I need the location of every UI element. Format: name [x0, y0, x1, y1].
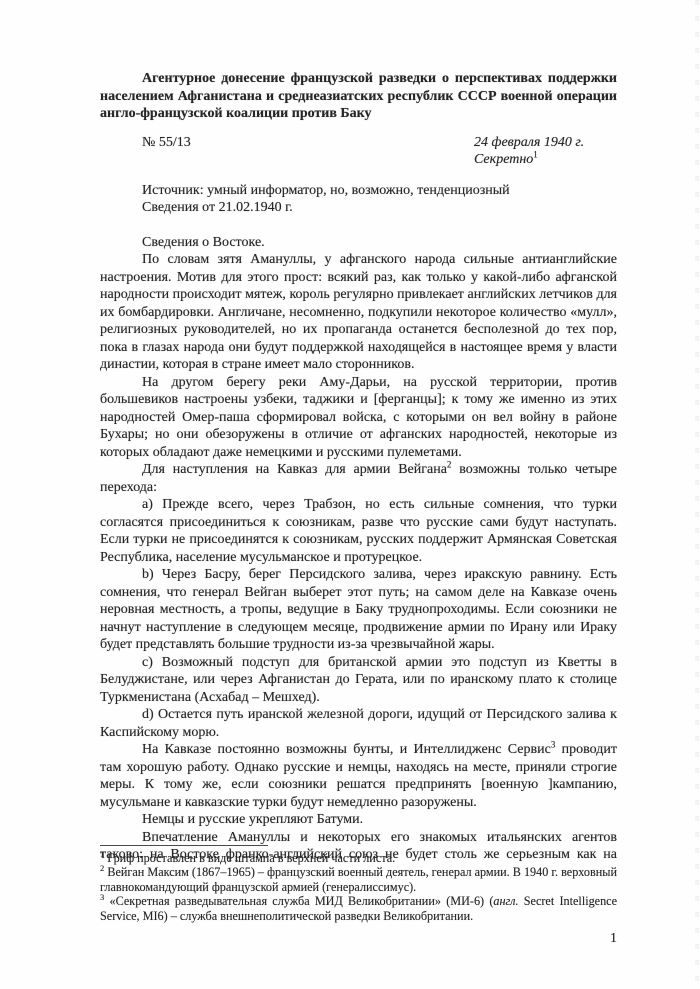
- text-segment: b) Через Басру, берег Персидского залива…: [100, 567, 617, 652]
- text-segment: d) Остается путь иранской железной дорог…: [100, 707, 617, 740]
- footnote-marker: 1: [100, 849, 104, 859]
- text-segment: Вейган Максим (1867–1965) – французский …: [100, 865, 617, 893]
- footnote-marker: 2: [100, 863, 104, 873]
- page-number: 1: [100, 931, 617, 947]
- document-date: 24 февраля 1940 г.: [474, 134, 617, 152]
- footnote-marker: 3: [100, 892, 104, 902]
- text-segment: Сведения о Востоке.: [142, 235, 265, 250]
- text-segment: На Кавказе постоянно возможны бунты, и И…: [142, 742, 551, 757]
- paragraph: b) Через Басру, берег Персидского залива…: [100, 566, 617, 654]
- source-line: Источник: умный информатор, но, возможно…: [100, 182, 617, 200]
- text-segment: Гриф проставлен в виде штампа в верхней …: [107, 851, 395, 865]
- text-segment: По словам зятя Амануллы, у афганского на…: [100, 252, 617, 372]
- info-date-line: Сведения от 21.02.1940 г.: [100, 199, 617, 217]
- paragraph: На другом берегу реки Аму-Дарьи, на русс…: [100, 374, 617, 462]
- paragraph: По словам зятя Амануллы, у афганского на…: [100, 251, 617, 374]
- paragraph: На Кавказе постоянно возможны бунты, и И…: [100, 741, 617, 811]
- classification-line: Секретно1: [474, 151, 617, 169]
- document-number: № 55/13: [142, 134, 191, 169]
- text-segment: Немцы и русские укрепляют Батуми.: [142, 812, 363, 827]
- footnote-ref: 1: [533, 149, 538, 159]
- paragraph: d) Остается путь иранской железной дорог…: [100, 706, 617, 741]
- text-segment: а) Прежде всего, через Трабзон, но есть …: [100, 497, 617, 565]
- text-segment: Для наступления на Кавказ для армии Вейг…: [142, 462, 447, 477]
- scan-artifact: [695, 0, 699, 989]
- document-content: Агентурное донесение французской разведк…: [100, 70, 617, 864]
- text-segment: с) Возможный подступ для британской арми…: [100, 655, 617, 705]
- footnote-separator: [100, 845, 268, 846]
- footnotes-list: 1 Гриф проставлен в виде штампа в верхне…: [100, 851, 617, 923]
- source-block: Источник: умный информатор, но, возможно…: [100, 182, 617, 217]
- date-classification-block: 24 февраля 1940 г. Секретно1: [474, 134, 617, 169]
- text-segment: «Секретная разведывательная служба МИД В…: [110, 894, 494, 908]
- document-page: Агентурное донесение французской разведк…: [0, 0, 700, 989]
- footnotes-section: 1 Гриф проставлен в виде штампа в верхне…: [100, 845, 617, 923]
- text-segment: На другом берегу реки Аму-Дарьи, на русс…: [100, 375, 617, 460]
- footnote: 1 Гриф проставлен в виде штампа в верхне…: [100, 851, 617, 865]
- paragraph: Сведения о Востоке.: [100, 234, 617, 252]
- document-header: № 55/13 24 февраля 1940 г. Секретно1: [100, 134, 617, 169]
- paragraph: Немцы и русские укрепляют Батуми.: [100, 811, 617, 829]
- classification-label: Секретно: [474, 152, 533, 167]
- paragraph: а) Прежде всего, через Трабзон, но есть …: [100, 496, 617, 566]
- document-title: Агентурное донесение французской разведк…: [100, 70, 617, 123]
- paragraph: Для наступления на Кавказ для армии Вейг…: [100, 461, 617, 496]
- footnote: 3 «Секретная разведывательная служба МИД…: [100, 894, 617, 923]
- document-body: Сведения о Востоке.По словам зятя Аманул…: [100, 234, 617, 864]
- text-segment: англ.: [493, 894, 518, 908]
- paragraph: с) Возможный подступ для британской арми…: [100, 654, 617, 707]
- footnote: 2 Вейган Максим (1867–1965) – французски…: [100, 865, 617, 894]
